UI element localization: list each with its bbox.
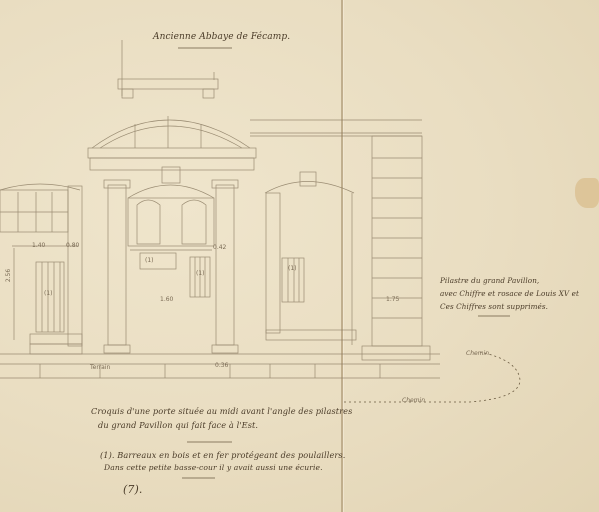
pilaster-note-line3: Ces Chiffres sont supprimés.	[440, 302, 548, 311]
dim-center-width: 1.60	[160, 296, 173, 303]
dim-center-side: 0.42	[213, 244, 226, 251]
dim-pilaster: 1.75	[386, 296, 399, 303]
dim-left-width: 1.40	[32, 242, 45, 249]
pilaster-note-line2: avec Chiffre et rosace de Louis XV et	[440, 289, 579, 298]
path-label-2: Chemin	[402, 397, 425, 404]
path-label: Chemin	[466, 350, 489, 357]
sheet-number: (7).	[123, 483, 142, 496]
pilaster-note-line1: Pilastre du grand Pavillon,	[440, 276, 539, 285]
door-mark-right: (1)	[288, 265, 297, 272]
dim-left-height: 2.56	[5, 269, 12, 282]
door-mark-grille: (1)	[145, 257, 154, 264]
document-title: Ancienne Abbaye de Fécamp.	[153, 32, 290, 42]
footnote-line1: (1). Barreaux en bois et en fer protégea…	[100, 450, 345, 460]
caption-line2: du grand Pavillon qui fait face à l'Est.	[98, 420, 258, 430]
door-mark-left: (1)	[44, 290, 53, 297]
caption-line1: Croquis d'une porte située au midi avant…	[91, 406, 352, 416]
ground-label: Terrain	[90, 364, 110, 371]
dim-base: 0.36	[215, 362, 228, 369]
footnote-line2: Dans cette petite basse-cour il y avait …	[104, 463, 323, 472]
door-mark-center: (1)	[196, 270, 205, 277]
elevation-drawing	[0, 0, 599, 512]
dim-left-side: 0.80	[66, 242, 79, 249]
